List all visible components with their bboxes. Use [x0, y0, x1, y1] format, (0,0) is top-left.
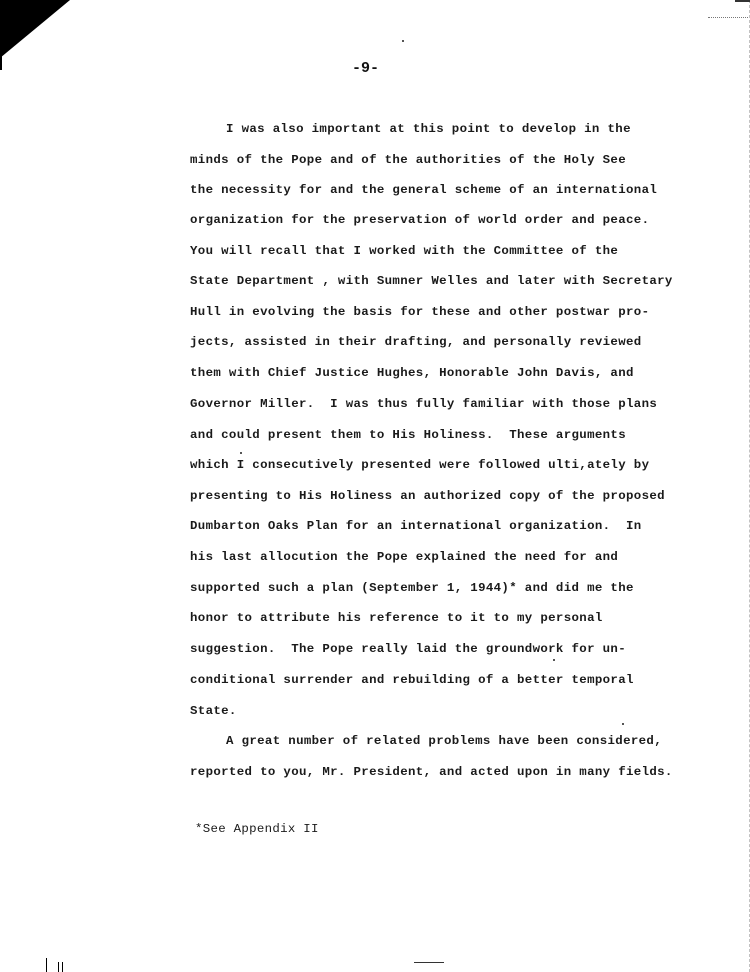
text-line: Governor Miller. I was thus fully famili… [190, 396, 657, 412]
text-line: A great number of related problems have … [226, 733, 662, 749]
text-line: State. [190, 703, 237, 719]
text-line: conditional surrender and rebuilding of … [190, 672, 634, 688]
text-line: and could present them to His Holiness. … [190, 427, 626, 443]
text-line: minds of the Pope and of the authorities… [190, 152, 626, 168]
scan-artifact-bottom-left [46, 958, 68, 972]
document-page: -9- I was also important at this point t… [0, 0, 750, 972]
text-line: presenting to His Holiness an authorized… [190, 488, 665, 504]
text-line: reported to you, Mr. President, and acte… [190, 764, 673, 780]
text-line: suggestion. The Pope really laid the gro… [190, 641, 626, 657]
text-line: his last allocution the Pope explained t… [190, 549, 618, 565]
scan-speck [420, 157, 422, 159]
text-line: organization for the preservation of wor… [190, 212, 649, 228]
text-line: supported such a plan (September 1, 1944… [190, 580, 634, 596]
text-line: I was also important at this point to de… [226, 121, 631, 137]
text-line: which I consecutively presented were fol… [190, 457, 649, 473]
text-line: You will recall that I worked with the C… [190, 243, 618, 259]
text-line: them with Chief Justice Hughes, Honorabl… [190, 365, 634, 381]
footnote: *See Appendix II [195, 822, 319, 836]
scan-speck [402, 40, 404, 42]
text-line: jects, assisted in their drafting, and p… [190, 334, 642, 350]
text-line: honor to attribute his reference to it t… [190, 610, 603, 626]
text-line: Hull in evolving the basis for these and… [190, 304, 649, 320]
scan-artifact-bar [735, 0, 750, 2]
scan-speck [240, 452, 242, 454]
text-line: State Department , with Sumner Welles an… [190, 273, 673, 289]
scan-corner-shadow [0, 0, 70, 58]
scan-speck [622, 723, 624, 725]
scan-speck [553, 659, 555, 661]
text-line: Dumbarton Oaks Plan for an international… [190, 518, 642, 534]
scan-artifact-dots [708, 17, 748, 19]
page-number: -9- [352, 60, 379, 77]
scan-corner-mark [0, 52, 10, 70]
scan-artifact-bottom-dash [414, 962, 444, 963]
text-line: the necessity for and the general scheme… [190, 182, 657, 198]
